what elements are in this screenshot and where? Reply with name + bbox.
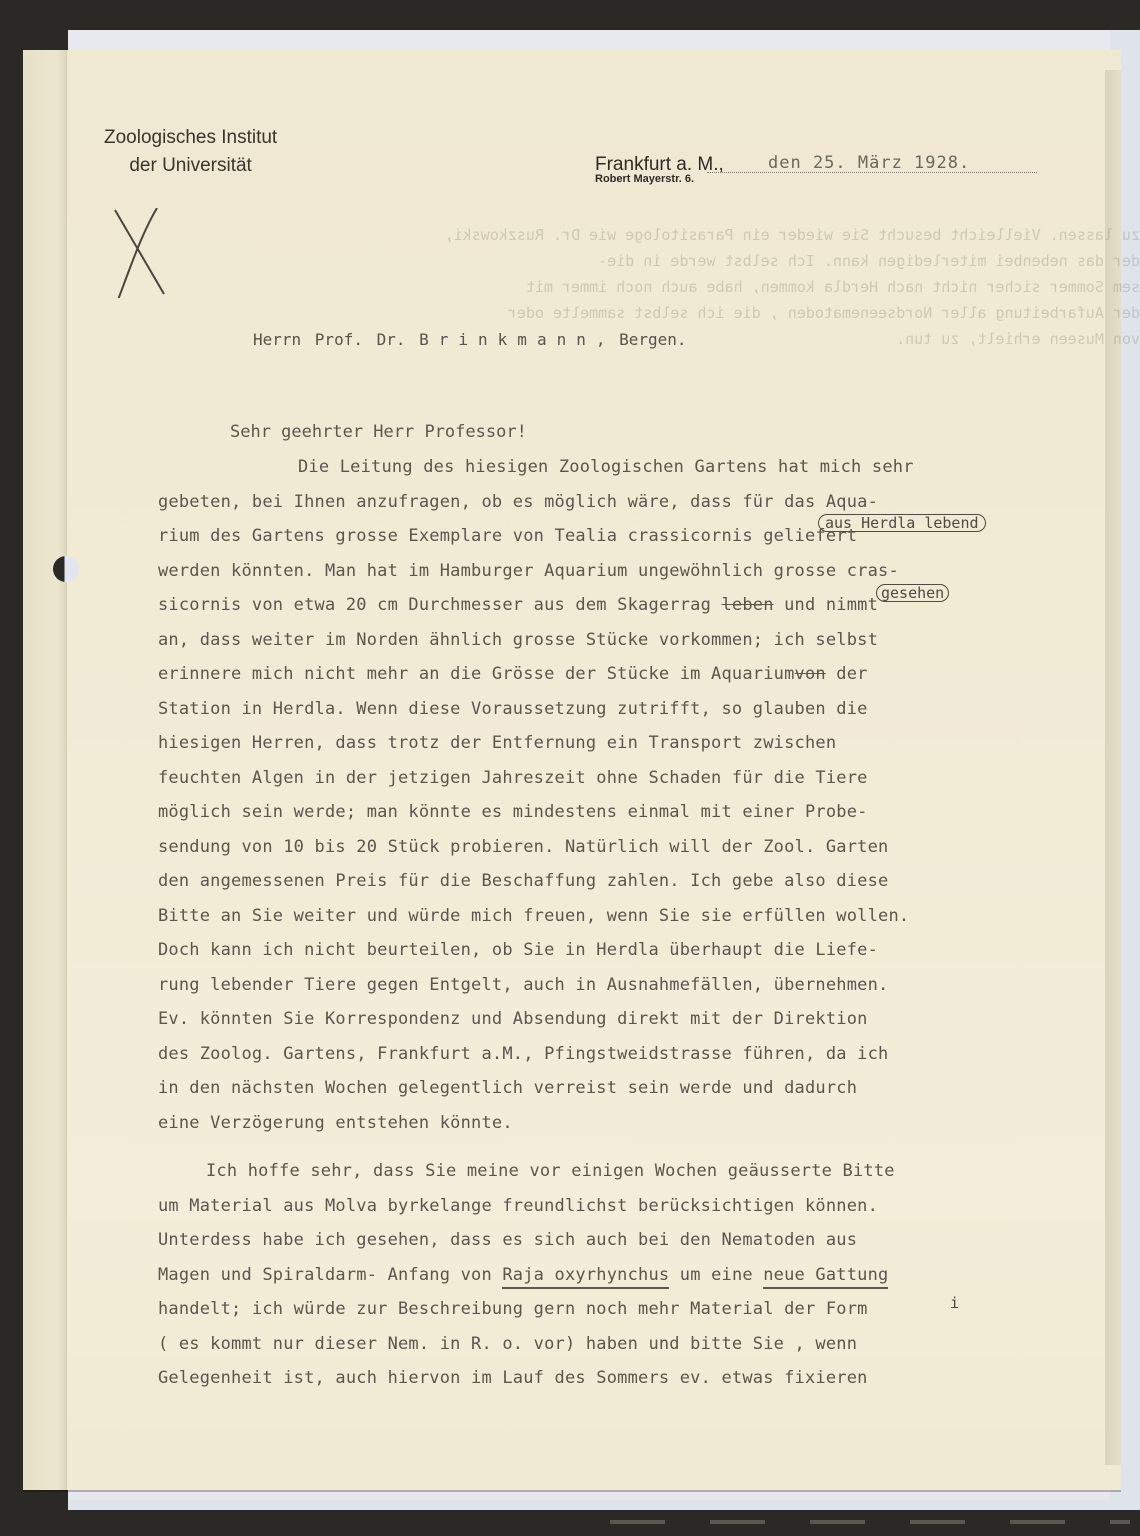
salutation: Sehr geehrter Herr Professor!: [230, 422, 527, 442]
body-word-geliefert: geliefert: [763, 526, 857, 546]
letter-date: den 25. März 1928.: [768, 153, 970, 173]
underlined-raja-oxyrhynchus: Raja oxyrhynchus: [502, 1265, 669, 1289]
punch-hole: [53, 556, 79, 582]
addressee-prefix: Herrn Prof. Dr.: [253, 330, 406, 349]
underlined-neue-gattung: neue Gattung: [763, 1265, 888, 1289]
body-line: Gelegenheit ist, auch hiervon im Lauf de…: [158, 1361, 1088, 1396]
letter-body: Die Leitung des hiesigen Zoologischen Ga…: [158, 450, 1088, 1396]
body-line: Doch kann ich nicht beurteilen, ob Sie i…: [158, 933, 1088, 968]
body-line: sicornis von etwa 20 cm Durchmesser aus …: [158, 588, 1088, 623]
struck-word-von: von: [795, 664, 826, 684]
body-line: erinnere mich nicht mehr an die Grösse d…: [158, 657, 1088, 692]
body-line: Magen und Spiraldarm- Anfang von Raja ox…: [158, 1258, 1088, 1293]
body-line: Unterdess habe ich gesehen, dass es sich…: [158, 1223, 1088, 1258]
institute-affiliation: der Universität: [104, 152, 277, 180]
body-line: handelt; ich würde zur Beschreibung gern…: [158, 1292, 1088, 1327]
institute-name: Zoologisches Institut: [104, 124, 277, 152]
body-line: hiesigen Herren, dass trotz der Entfernu…: [158, 726, 1088, 761]
body-line: Station in Herdla. Wenn diese Voraussetz…: [158, 692, 1088, 727]
body-line: den angemessenen Preis für die Beschaffu…: [158, 864, 1088, 899]
body-line: feuchten Algen in der jetzigen Jahreszei…: [158, 761, 1088, 796]
page-fold: [23, 50, 67, 1490]
body-line: Ich hoffe sehr, dass Sie meine vor einig…: [158, 1154, 1088, 1189]
body-line: rung lebender Tiere gegen Entgelt, auch …: [158, 968, 1088, 1003]
body-line: ( es kommt nur dieser Nem. in R. o. vor)…: [158, 1327, 1088, 1362]
letterhead-institute: Zoologisches Institut der Universität: [104, 124, 277, 180]
addressee: Herrn Prof. Dr. Brinkmann, Bergen.: [253, 330, 687, 349]
desk-ruler-marks: [610, 1520, 1130, 1524]
body-line: um Material aus Molva byrkelange freundl…: [158, 1189, 1088, 1224]
body-line: gebeten, bei Ihnen anzufragen, ob es mög…: [158, 485, 1088, 520]
addressee-city: , Bergen.: [596, 330, 687, 349]
body-line: sendung von 10 bis 20 Stück probieren. N…: [158, 830, 1088, 865]
body-line: möglich sein werde; man könnte es mindes…: [158, 795, 1088, 830]
body-line: werden könnten. Man hat im Hamburger Aqu…: [158, 554, 1088, 589]
letterhead-street: Robert Mayerstr. 6.: [595, 173, 694, 185]
cross-mark-icon: [112, 208, 172, 298]
body-line: in den nächsten Wochen gelegentlich verr…: [158, 1071, 1088, 1106]
body-line: Ev. könnten Sie Korrespondenz und Absend…: [158, 1002, 1088, 1037]
body-line: Bitte an Sie weiter und würde mich freue…: [158, 899, 1088, 934]
body-line: Die Leitung des hiesigen Zoologischen Ga…: [158, 450, 1088, 485]
body-line: des Zoolog. Gartens, Frankfurt a.M., Pfi…: [158, 1037, 1088, 1072]
body-line: an, dass weiter im Norden ähnlich grosse…: [158, 623, 1088, 658]
body-line: eine Verzögerung entstehen könnte.: [158, 1106, 1088, 1141]
addressee-name: Brinkmann: [419, 330, 596, 349]
struck-word-leben: leben: [722, 595, 774, 615]
body-line: rium des Gartens grosse Exemplare von Te…: [158, 519, 1088, 554]
